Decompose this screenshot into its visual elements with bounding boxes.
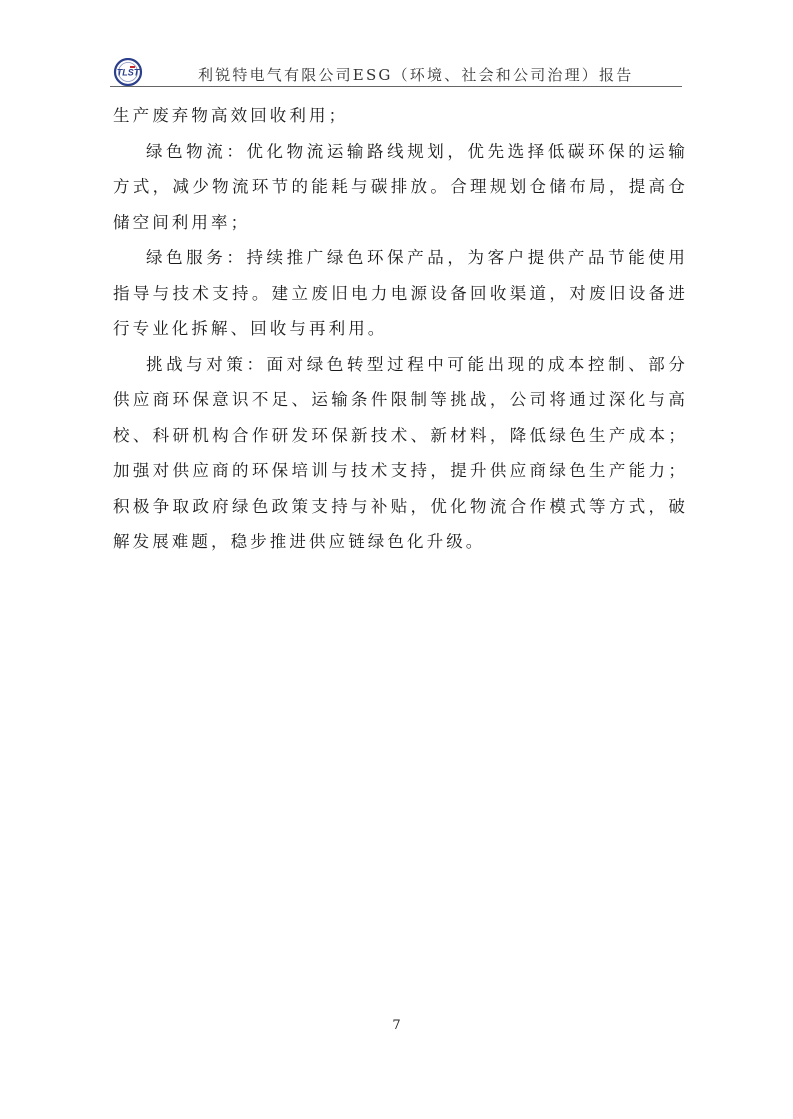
company-logo-icon: TLST [113, 58, 143, 86]
svg-text:TLST: TLST [117, 68, 141, 78]
header-divider [110, 86, 682, 87]
page-header: TLST 利锐特电气有限公司ESG（环境、社会和公司治理）报告 [110, 56, 682, 88]
paragraph-challenges-countermeasures: 挑战与对策：面对绿色转型过程中可能出现的成本控制、部分供应商环保意识不足、运输条… [113, 347, 688, 560]
page-number: 7 [0, 1018, 793, 1033]
paragraph-green-service: 绿色服务：持续推广绿色环保产品，为客户提供产品节能使用指导与技术支持。建立废旧电… [113, 240, 688, 347]
report-title: 利锐特电气有限公司ESG（环境、社会和公司治理）报告 [198, 64, 633, 85]
body-content: 生产废弃物高效回收利用； 绿色物流：优化物流运输路线规划，优先选择低碳环保的运输… [113, 98, 688, 560]
paragraph-continuation: 生产废弃物高效回收利用； [113, 98, 688, 134]
paragraph-green-logistics: 绿色物流：优化物流运输路线规划，优先选择低碳环保的运输方式，减少物流环节的能耗与… [113, 134, 688, 241]
